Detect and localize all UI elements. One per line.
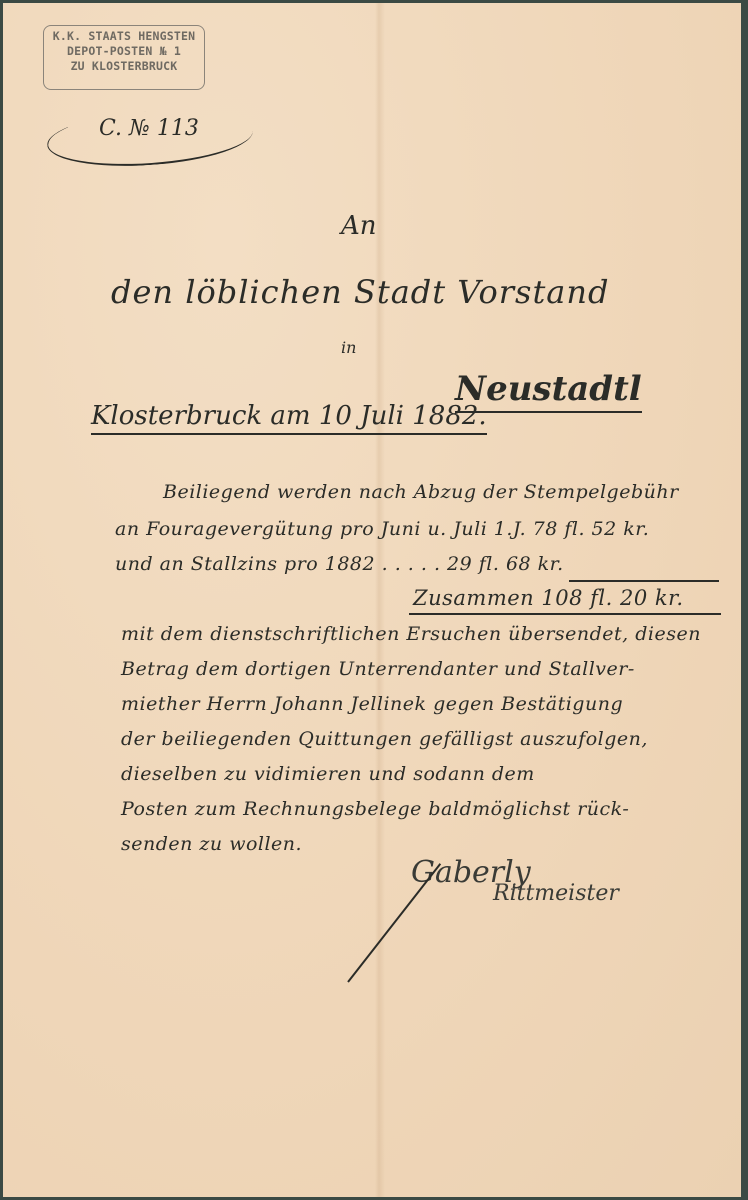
body-line-1: Beiliegend werden nach Abzug der Stempel…	[163, 481, 679, 503]
subtotal-rule	[569, 580, 719, 582]
body-line-11: senden zu wollen.	[121, 833, 302, 855]
address-recipient: den löblichen Stadt Vorstand	[111, 273, 609, 311]
body-line-10: Posten zum Rechnungsbelege baldmöglichst…	[121, 798, 629, 820]
stamp-line-2: DEPOT-POSTEN № 1	[44, 44, 204, 59]
total-rule	[409, 613, 721, 615]
body-line-3: und an Stallzins pro 1882 . . . . . 29 f…	[115, 553, 564, 575]
stamp-line-1: K.K. STAATS HENGSTEN	[44, 29, 204, 44]
letter-page: K.K. STAATS HENGSTEN DEPOT-POSTEN № 1 ZU…	[3, 3, 741, 1197]
address-preposition: in	[341, 338, 356, 357]
body-line-9: dieselben zu vidimieren und sodann dem	[121, 763, 535, 785]
reference-number: C. № 113	[99, 116, 199, 141]
body-line-7: miether Herrn Johann Jellinek gegen Best…	[121, 693, 623, 715]
body-line-6: Betrag dem dortigen Unterrendanter und S…	[121, 658, 635, 680]
stamp-line-3: ZU KLOSTERBRUCK	[44, 59, 204, 74]
dateline: Klosterbruck am 10 Juli 1882.	[91, 401, 487, 435]
official-stamp: K.K. STAATS HENGSTEN DEPOT-POSTEN № 1 ZU…	[43, 25, 205, 90]
body-line-8: der beiliegenden Quittungen gefälligst a…	[121, 728, 648, 750]
address-to: An	[341, 211, 377, 241]
body-line-5: mit dem dienstschriftlichen Ersuchen übe…	[121, 623, 701, 645]
body-line-total: Zusammen 108 fl. 20 kr.	[413, 586, 684, 610]
body-line-2: an Fouragevergütung pro Juni u. Juli 1.J…	[115, 518, 649, 540]
signature-title: Rittmeister	[493, 881, 619, 906]
signature-flourish	[347, 863, 441, 982]
